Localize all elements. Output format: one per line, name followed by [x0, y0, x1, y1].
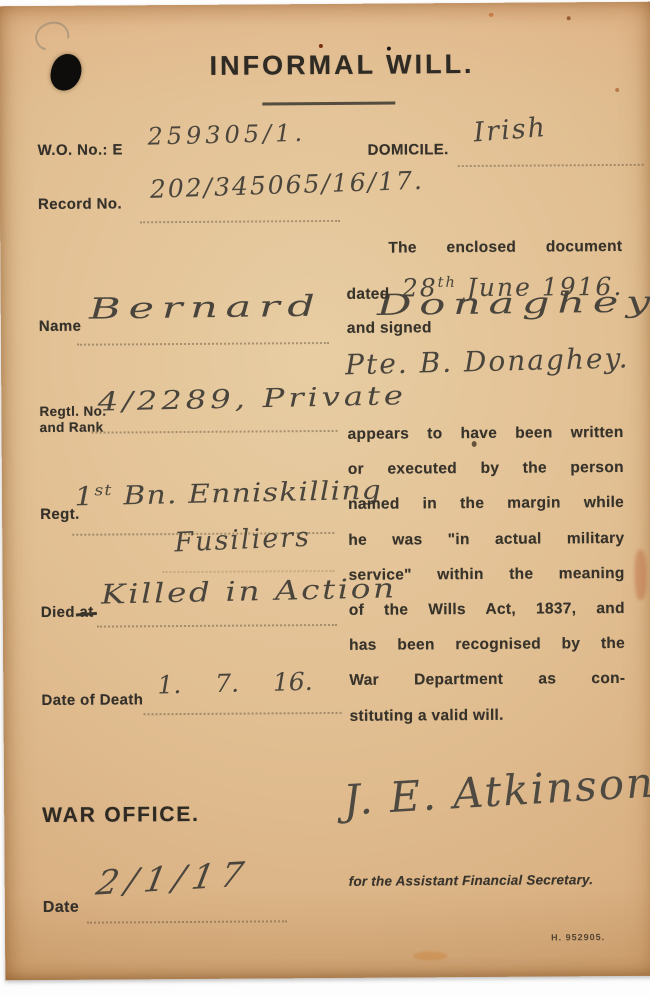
war-office-heading: WAR OFFICE.	[42, 803, 200, 828]
statement-dated-line: dated 28th June 1916.	[346, 274, 623, 305]
bottom-stain	[413, 951, 447, 960]
edge-stain	[634, 550, 646, 600]
domicile-label: DOMICILE.	[368, 141, 449, 159]
statement-intro-block: The enclosed document	[346, 238, 622, 275]
died-word: Died	[41, 604, 75, 621]
field-wo-no: W.O. No.: E 259305/1.	[0, 2, 650, 7]
official-signature: J. E. Atkinson	[342, 757, 650, 824]
regt-handwritten-line1: 1st Bn. Enniskilling	[74, 475, 382, 512]
scanned-document-page: { "document": { "title": "INFORMAL WILL.…	[0, 0, 650, 997]
record-no-label: Record No.	[38, 195, 122, 213]
field-date-of-death: Date of Death 1. 7. 16.	[0, 2, 650, 7]
aged-paper-form: INFORMAL WILL. W.O. No.: E 259305/1. DOM…	[0, 2, 650, 981]
statement-intro-line: The enclosed document	[346, 238, 622, 275]
at-word-struck-through: at	[79, 604, 93, 621]
statement-line: appears to have been written	[348, 424, 624, 461]
date-of-death-handwritten-value: 1. 7. 16.	[157, 667, 313, 700]
dotted-line	[87, 920, 287, 923]
statement-line: has been recognised by the	[349, 635, 625, 672]
dotted-line	[458, 164, 644, 167]
date-of-death-label: Date of Death	[41, 691, 143, 709]
signed-label: and signed	[347, 319, 432, 337]
domicile-handwritten-value: Irish	[472, 112, 548, 149]
dotted-line	[97, 624, 337, 628]
dotted-line	[140, 220, 340, 223]
dotted-line	[77, 342, 329, 346]
statement-line: War Department as con-	[349, 670, 625, 707]
statement-line: of the Wills Act, 1837, and	[349, 600, 625, 637]
dated-rest: June 1916.	[457, 272, 624, 302]
field-name: Name Bernard Donaghey	[0, 2, 650, 7]
regt-ordinal-number: 1	[74, 482, 95, 512]
died-at-label: Died at	[41, 604, 94, 621]
regt-handwritten-line2: Fusiliers	[174, 522, 312, 559]
statement-line: or executed by the person	[348, 459, 624, 496]
field-regt: Regt. 1st Bn. Enniskilling Fusiliers	[0, 2, 650, 7]
field-record-no: Record No. 202/345065/16/17.	[0, 2, 650, 7]
statement-signed-line: and signed	[347, 318, 623, 338]
name-label: Name	[39, 318, 82, 335]
document-title: INFORMAL WILL.	[0, 48, 650, 84]
stain-speck	[615, 88, 619, 92]
signature-for-line: for the Assistant Financial Secretary.	[349, 872, 594, 889]
date-handwritten-value: 2/1/17	[93, 855, 254, 904]
title-rule	[262, 102, 395, 106]
wo-no-label: W.O. No.: E	[38, 141, 123, 159]
statement-line: stituting a valid will.	[350, 705, 626, 742]
field-regtl-no-rank: Regtl. No. and Rank 4/2289, Private	[0, 2, 650, 7]
wo-no-handwritten-value: 259305/1.	[147, 119, 306, 151]
statement-paragraph: appears to have been written or executed…	[348, 424, 626, 743]
dotted-line	[163, 570, 335, 573]
dated-handwritten-value: 28th June 1916.	[402, 272, 624, 303]
statement-line: service" within the meaning	[349, 565, 625, 602]
stain-speck	[489, 13, 494, 17]
regtl-handwritten-value: 4/2289, Private	[97, 381, 407, 417]
dated-label: dated	[347, 286, 390, 303]
field-domicile: DOMICILE. Irish	[0, 2, 650, 7]
regt-ordinal-suffix: st	[94, 481, 113, 499]
stain-speck	[567, 16, 571, 20]
signed-handwritten-value: Pte. B. Donaghey.	[345, 341, 630, 381]
stain-speck	[319, 44, 323, 48]
dated-day: 28	[402, 273, 438, 302]
statement-line: named in the margin while	[348, 494, 624, 531]
form-print-code: H. 952905.	[551, 932, 605, 942]
pencil-squiggle	[30, 16, 73, 57]
field-died-at: Died at Killed in Action	[0, 2, 650, 7]
record-no-handwritten-value: 202/345065/16/17.	[149, 166, 424, 204]
dotted-line	[144, 712, 342, 715]
dotted-line	[92, 430, 338, 434]
regt-rest: Bn. Enniskilling	[112, 476, 382, 512]
statement-line: he was "in actual military	[348, 529, 624, 566]
date-label: Date	[43, 899, 79, 917]
dated-ordinal: th	[438, 275, 457, 291]
regtl-label-line1: Regtl. No.	[39, 404, 106, 419]
field-date: Date 2/1/17	[0, 2, 650, 7]
